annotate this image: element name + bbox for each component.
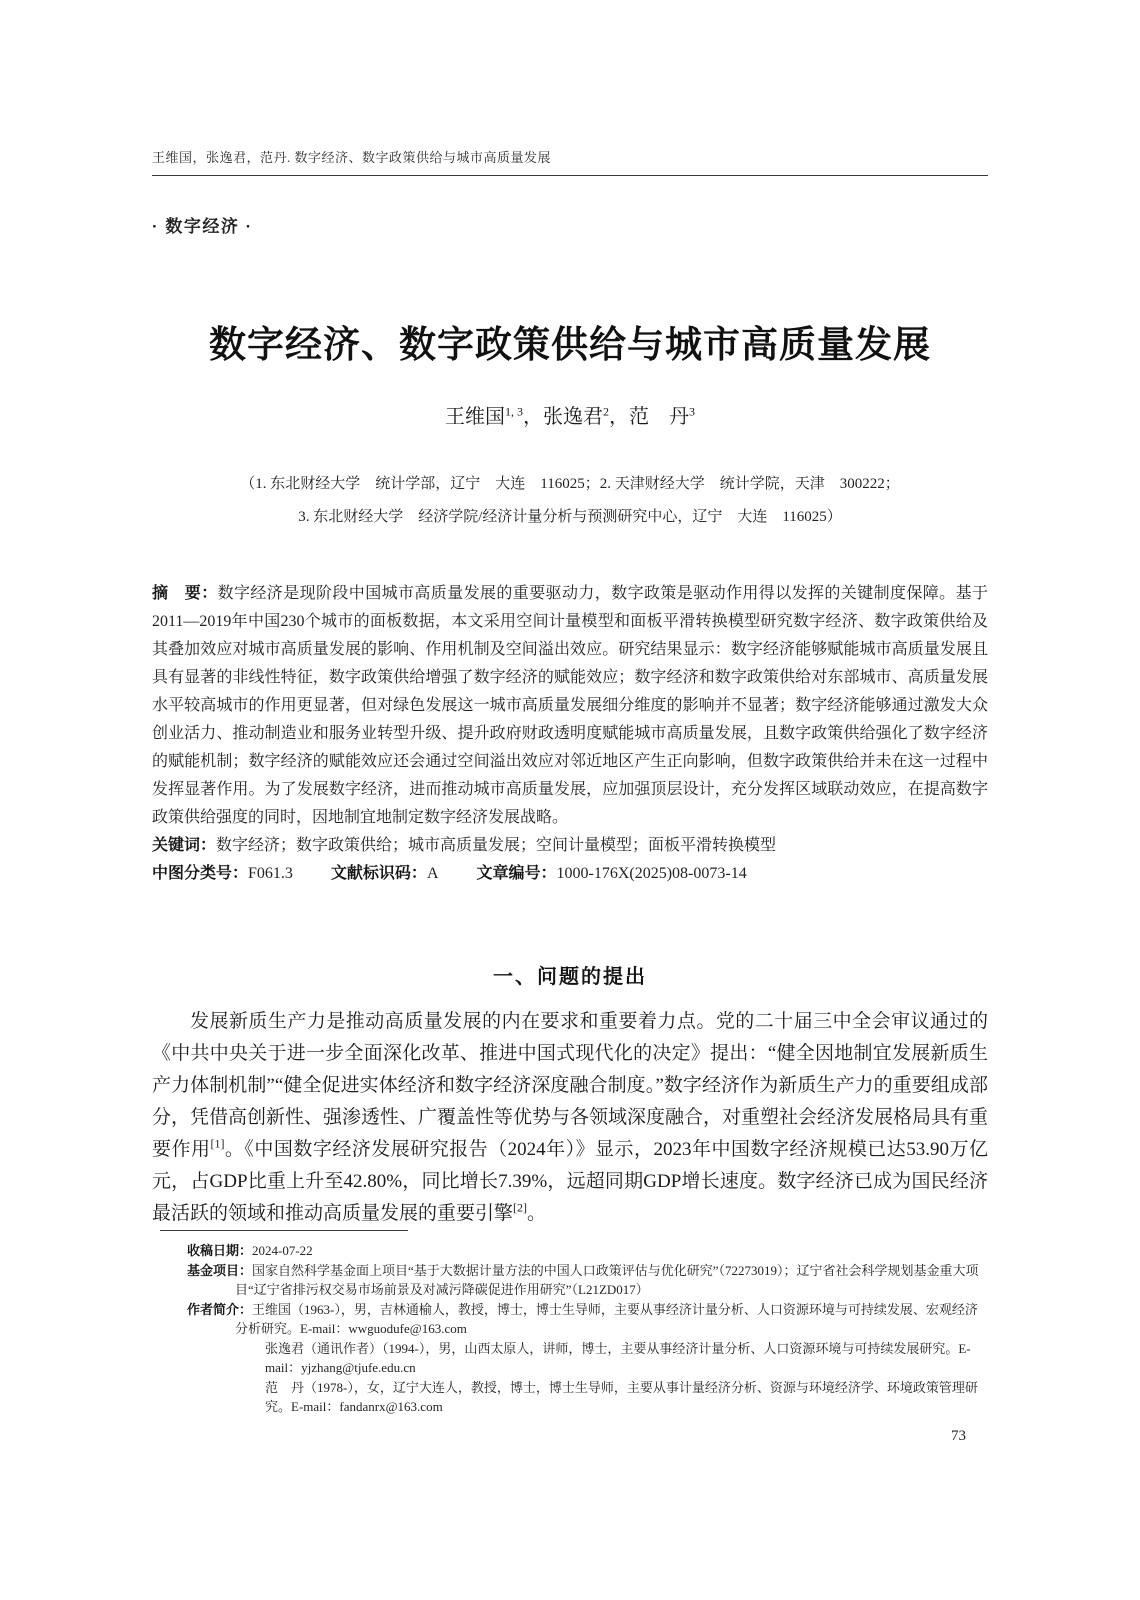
page-number-text: 73: [951, 1428, 966, 1444]
citation-ref-1: [1]: [210, 1137, 224, 1151]
footnote-list: 收稿日期：2024-07-22 基金项目：国家自然科学基金面上项目“基于大数据计…: [187, 1241, 988, 1417]
author-1-affil-sup: 1, 3: [505, 404, 523, 418]
running-head: 王维国，张逸君，范丹. 数字经济、数字政策供给与城市高质量发展: [152, 147, 988, 176]
intro-paragraph: 发展新质生产力是推动高质量发展的内在要求和重要着力点。党的二十届三中全会审议通过…: [152, 1006, 988, 1230]
page-number: 73: [152, 1428, 988, 1445]
intro-seg-1: 发展新质生产力是推动高质量发展的内在要求和重要着力点。党的二十届三中全会审议通过…: [152, 1011, 988, 1160]
footnote-bio-3: 范 丹（1978-），女，辽宁大连人，教授，博士，博士生导师，主要从事计量经济分…: [187, 1378, 988, 1417]
author-2: 张逸君2，: [543, 406, 629, 428]
citation-ref-2: [2]: [513, 1201, 527, 1215]
author-line: 王维国1, 3，张逸君2，范 丹3: [152, 400, 988, 429]
running-head-text: 王维国，张逸君，范丹. 数字经济、数字政策供给与城市高质量发展: [152, 150, 551, 165]
author-3-affil-sup: 3: [689, 404, 695, 418]
footnote-received-date: 收稿日期：2024-07-22: [187, 1241, 988, 1261]
abstract-label: 摘 要：: [152, 585, 218, 602]
paper-page: 王维国，张逸君，范丹. 数字经济、数字政策供给与城市高质量发展 · 数字经济 ·…: [0, 0, 1140, 1600]
author-3: 范 丹3: [629, 406, 695, 428]
section-1-heading: 一、问题的提出: [152, 960, 988, 989]
article-title: 数字经济、数字政策供给与城市高质量发展: [152, 314, 988, 368]
affiliations: （1. 东北财经大学 统计学部，辽宁 大连 116025；2. 天津财经大学 统…: [152, 468, 988, 534]
affiliation-line-1: （1. 东北财经大学 统计学部，辽宁 大连 116025；2. 天津财经大学 统…: [152, 468, 988, 501]
column-section-label-text: · 数字经济 ·: [152, 217, 253, 236]
intro-seg-2: 。《中国数字经济发展研究报告（2024年）》显示，2023年中国数字经济规模已达…: [152, 1139, 988, 1224]
footnote-bio-1: 作者简介：王维国（1963-），男，吉林通榆人，教授，博士，博士生导师，主要从事…: [187, 1300, 988, 1339]
keywords-label: 关键词：: [152, 837, 216, 854]
author-1: 王维国1, 3，: [445, 406, 543, 428]
clc-number: 中图分类号：F061.3: [152, 865, 293, 882]
front-matter: 摘 要：数字经济是现阶段中国城市高质量发展的重要驱动力，数字政策是驱动作用得以发…: [152, 580, 988, 888]
article-title-text: 数字经济、数字政策供给与城市高质量发展: [209, 324, 931, 365]
footnotes: 收稿日期：2024-07-22 基金项目：国家自然科学基金面上项目“基于大数据计…: [160, 1230, 988, 1417]
affiliation-line-2: 3. 东北财经大学 经济学院/经济计量分析与预测研究中心，辽宁 大连 11602…: [152, 501, 988, 534]
column-section-label: · 数字经济 ·: [152, 212, 988, 237]
keywords: 关键词：数字经济；数字政策供给；城市高质量发展；空间计量模型；面板平滑转换模型: [152, 832, 988, 860]
keywords-text: 数字经济；数字政策供给；城市高质量发展；空间计量模型；面板平滑转换模型: [216, 837, 776, 854]
document-code: 文献标识码：A: [331, 865, 439, 882]
classification-line: 中图分类号：F061.3 文献标识码：A 文章编号：1000-176X(2025…: [152, 860, 988, 888]
footnote-bio-2: 张逸君（通讯作者）（1994-），男，山西太原人，讲师，博士，主要从事经济计量分…: [187, 1339, 988, 1378]
abstract-text: 数字经济是现阶段中国城市高质量发展的重要驱动力，数字政策是驱动作用得以发挥的关键…: [152, 585, 988, 826]
intro-seg-3: 。: [527, 1203, 546, 1224]
footnote-funding: 基金项目：国家自然科学基金面上项目“基于大数据计量方法的中国人口政策评估与优化研…: [187, 1261, 988, 1300]
article-id: 文章编号：1000-176X(2025)08-0073-14: [477, 865, 747, 882]
footnote-separator: [160, 1230, 408, 1231]
abstract: 摘 要：数字经济是现阶段中国城市高质量发展的重要驱动力，数字政策是驱动作用得以发…: [152, 580, 988, 832]
section-1-heading-text: 一、问题的提出: [493, 966, 647, 988]
